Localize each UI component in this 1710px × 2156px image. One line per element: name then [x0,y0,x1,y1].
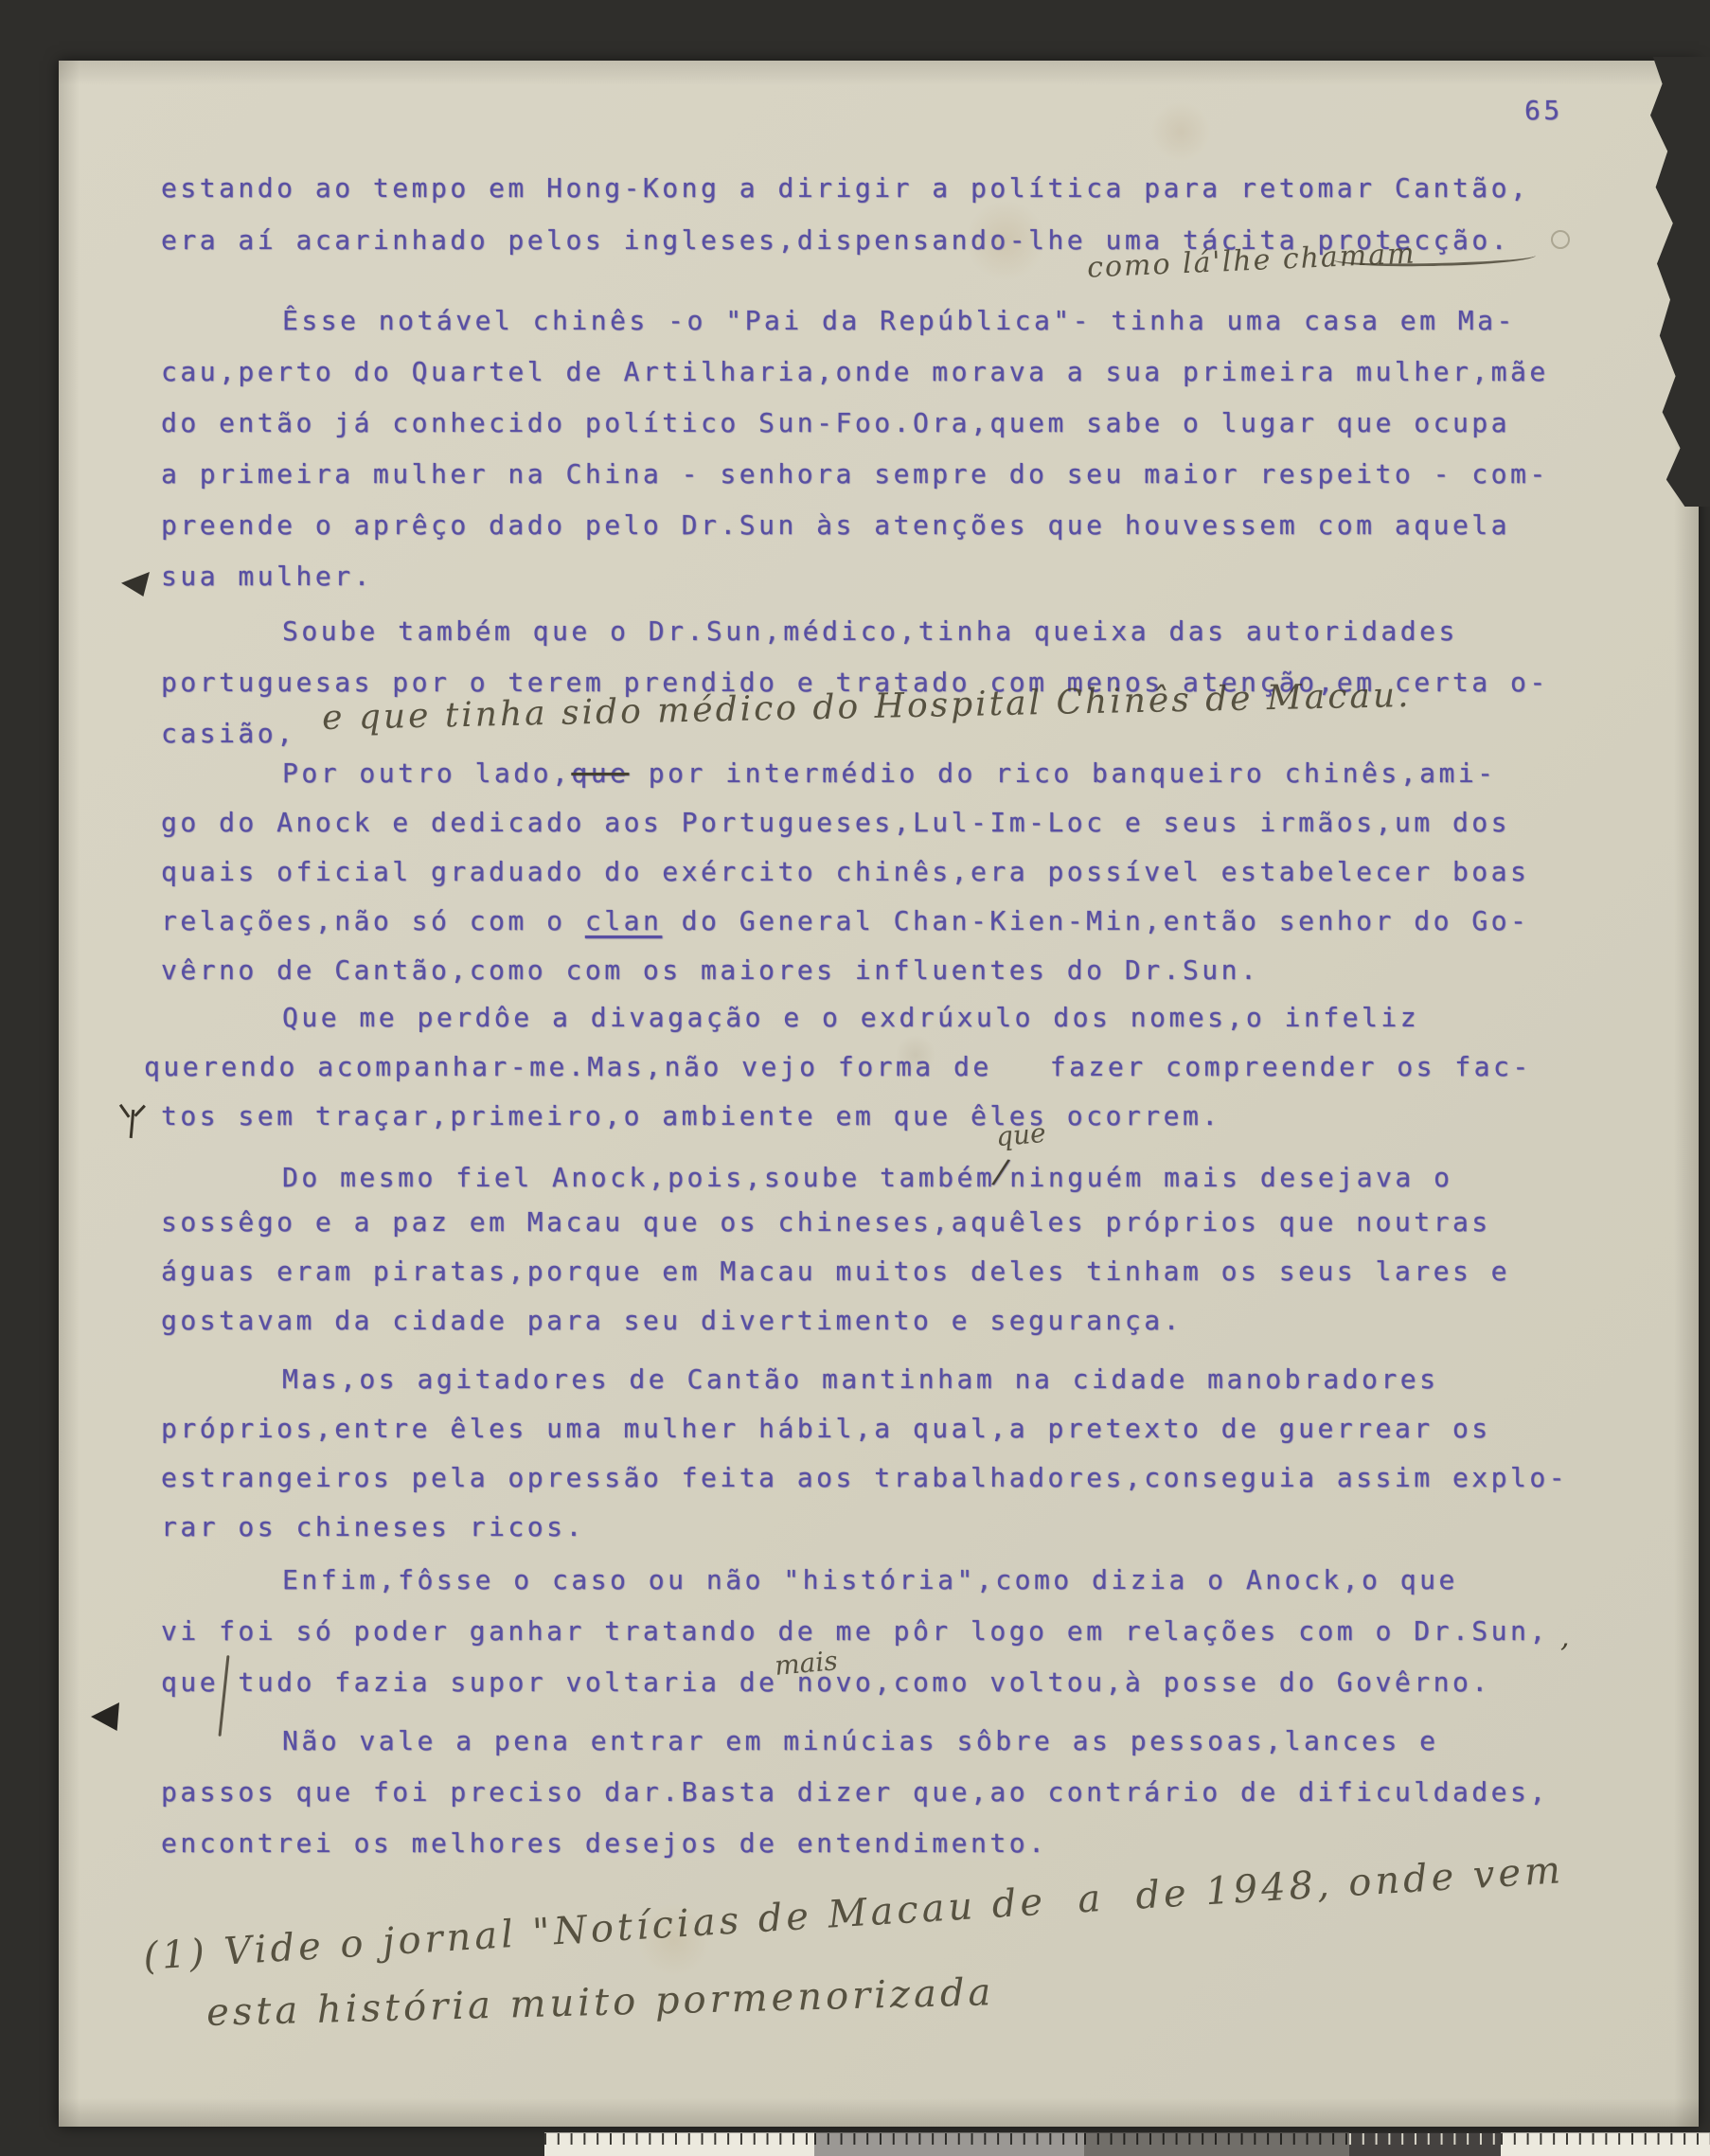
typed-text: Não vale a pena entrar em [282,1725,783,1756]
typed-line: Mas,os agitadores de Cantão mantinham na… [282,1363,1438,1395]
typed-line: passos que foi preciso dar.Basta dizer q… [161,1776,1549,1808]
scanned-document: 65 estando ao tempo em Hong-Kong a dirig… [0,0,1710,2156]
typed-line: Do mesmo fiel Anock,pois,soube também/ni… [282,1157,1452,1195]
typed-text: Do mesmo fiel Anock,pois,soube também [282,1162,995,1193]
typed-text: minúcias sôbre as pessoas,lances e [783,1725,1438,1756]
typed-text: que [161,1666,219,1698]
typed-line: Soube também que o Dr.Sun,médico,tinha q… [282,615,1458,647]
typed-line: tos sem traçar,primeiro,o ambiente em qu… [161,1100,1221,1131]
typed-line: encontrei os melhores desejos de entendi… [161,1827,1047,1859]
pen-comma-mark: , [1560,1621,1570,1654]
typed-line: relações,não só com o clan do General Ch… [161,905,1529,936]
typed-line: estando ao tempo em Hong-Kong a dirigir … [161,172,1529,204]
handwritten-insert-que: que [995,1117,1047,1152]
typed-line: gostavam da cidade para seu divertimento… [161,1305,1183,1336]
scale-bar [544,2132,1710,2156]
typed-text: relações,não só com o [161,905,585,936]
typed-text: tinha uma casa em Ma- [1111,305,1516,336]
pen-ring-mark [1551,230,1570,249]
typed-text: Por outro lado, [282,757,571,789]
typed-line: cau,perto do Quartel de Artilharia,onde … [161,356,1549,387]
typed-line: rar os chineses ricos. [161,1511,585,1542]
scale-bar-segment [1349,2132,1501,2156]
scale-bar-segment [1084,2132,1349,2156]
typed-text: por intermédio do rico banqueiro chinês,… [629,757,1496,789]
scale-bar-segment [1501,2132,1710,2156]
page-number: 65 [1524,95,1563,126]
typed-line: preende o aprêço dado pelo Dr.Sun às ate… [161,509,1510,541]
scale-bar-segment [814,2132,1084,2156]
typed-line: go do Anock e dedicado aos Portugueses,L… [161,807,1510,838]
typed-text: Êsse notável chinês -o "Pai da República… [282,305,1111,336]
typed-line: do então já conhecido político Sun-Foo.O… [161,407,1510,438]
handwritten-insert-mais: mais [774,1645,839,1682]
typed-line: sossêgo e a paz em Macau que os chineses… [161,1206,1491,1238]
typed-line: Êsse notável chinês -o "Pai da República… [282,305,1516,336]
typed-line: estrangeiros pela opressão feita aos tra… [161,1462,1568,1493]
typed-line: querendo acompanhar-me.Mas,não vejo form… [144,1051,1532,1082]
typed-text: do General Chan-Kien-Min,então senhor do… [662,905,1529,936]
typed-line: próprios,entre êles uma mulher hábil,a q… [161,1413,1491,1444]
typed-text: ninguém mais desejava o [1009,1162,1452,1193]
typed-line: casião, [161,718,296,749]
typed-line: águas eram piratas,porque em Macau muito… [161,1256,1510,1287]
typed-line: a primeira mulher na China - senhora sem… [161,458,1549,490]
typed-line: quais oficial graduado do exército chinê… [161,856,1529,887]
typed-line: vêrno de Cantão,como com os maiores infl… [161,954,1259,986]
struck-word: que [571,757,629,789]
typed-line: Não vale a pena entrar em minúcias sôbre… [282,1725,1438,1756]
underlined-word: clan [585,905,662,936]
typed-line: Por outro lado,que por intermédio do ric… [282,757,1497,789]
typed-line: Enfim,fôsse o caso ou não "história",com… [282,1564,1458,1595]
typed-text: tudo fazia supor voltaria de novo,como v… [219,1666,1491,1698]
typed-line: Que me perdôe a divagação e o exdrúxulo … [282,1002,1419,1033]
typed-line: vi foi só poder ganhar tratando de me pô… [161,1615,1549,1647]
scale-bar-segment [544,2132,814,2156]
typed-line: sua mulher. [161,561,373,592]
